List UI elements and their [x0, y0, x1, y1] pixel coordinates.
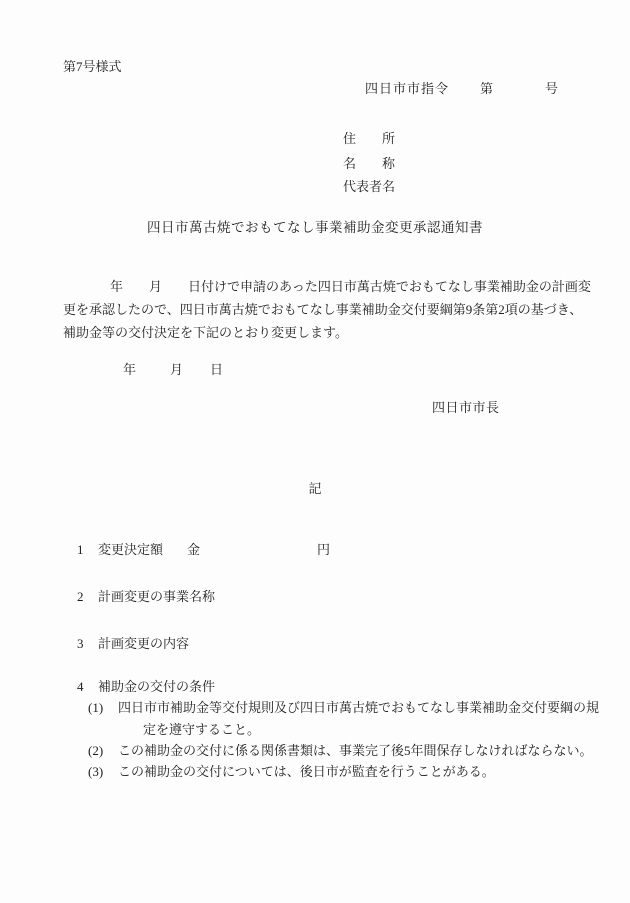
item-1-number: 1 [77, 540, 98, 560]
item-4-grant-conditions: 4補助金の交付の条件 [77, 677, 215, 697]
condition-1-line-1: (1)四日市市補助金等交付規則及び四日市萬古焼でおもてなし事業補助金交付要綱の規 [88, 698, 599, 718]
item-4-number: 4 [77, 677, 98, 697]
recipient-address-label: 住 所 [343, 129, 395, 149]
amount-currency-prefix: 金 [187, 540, 200, 560]
condition-3-number: (3) [88, 762, 118, 782]
item-4-label: 補助金の交付の条件 [98, 679, 215, 694]
directive-number-suffix: 号 [545, 79, 558, 99]
form-number-label: 第7号様式 [63, 57, 122, 77]
body-paragraph-line-3: 補助金等の交付決定を下記のとおり変更します。 [63, 323, 348, 343]
item-1-change-decision-amount: 1変更決定額 金 円 [77, 540, 163, 560]
item-2-label: 計画変更の事業名称 [98, 589, 215, 604]
condition-1-number: (1) [88, 698, 118, 718]
condition-2-text: この補助金の交付に係る関係書類は、事業完了後5年間保存しなければならない。 [118, 743, 593, 758]
directive-agency-label: 四日市市指令 [365, 79, 449, 99]
recipient-representative-label: 代表者名 [343, 177, 395, 197]
condition-3-text: この補助金の交付については、後日市が監査を行うことがある。 [118, 764, 495, 779]
body-paragraph-line-2: 更を承認したので、四日市萬古焼でおもてなし事業補助金交付要綱第9条第2項の基づき… [63, 300, 582, 320]
issue-date-year-label: 年 [123, 360, 136, 380]
condition-1-text: 四日市市補助金等交付規則及び四日市萬古焼でおもてなし事業補助金交付要綱の規 [118, 700, 599, 715]
document-page: 第7号様式 四日市市指令 第 号 住 所 名 称 代表者名 四日市萬古焼でおもて… [0, 0, 630, 903]
issue-date-month-label: 月 [170, 360, 183, 380]
condition-3: (3)この補助金の交付については、後日市が監査を行うことがある。 [88, 762, 495, 782]
recipient-name-label: 名 称 [343, 154, 395, 174]
item-2-number: 2 [77, 587, 98, 607]
item-2-project-name: 2計画変更の事業名称 [77, 587, 215, 607]
item-3-label: 計画変更の内容 [98, 636, 189, 651]
item-3-change-details: 3計画変更の内容 [77, 634, 189, 654]
amount-unit-suffix: 円 [317, 540, 330, 560]
condition-1-line-2: 定を遵守すること。 [143, 720, 260, 740]
body-paragraph-line-1: 年 月 日付けで申請のあった四日市萬古焼でおもてなし事業補助金の計画変 [63, 277, 591, 297]
condition-2: (2)この補助金の交付に係る関係書類は、事業完了後5年間保存しなければならない。 [88, 741, 593, 761]
ki-heading: 記 [0, 479, 630, 499]
item-3-number: 3 [77, 634, 98, 654]
directive-number-prefix: 第 [480, 79, 493, 99]
condition-2-number: (2) [88, 741, 118, 761]
document-title: 四日市萬古焼でおもてなし事業補助金変更承認通知書 [0, 218, 630, 238]
issue-date-day-label: 日 [210, 360, 223, 380]
signer-title: 四日市市長 [432, 398, 500, 418]
item-1-label: 変更決定額 [98, 542, 163, 557]
